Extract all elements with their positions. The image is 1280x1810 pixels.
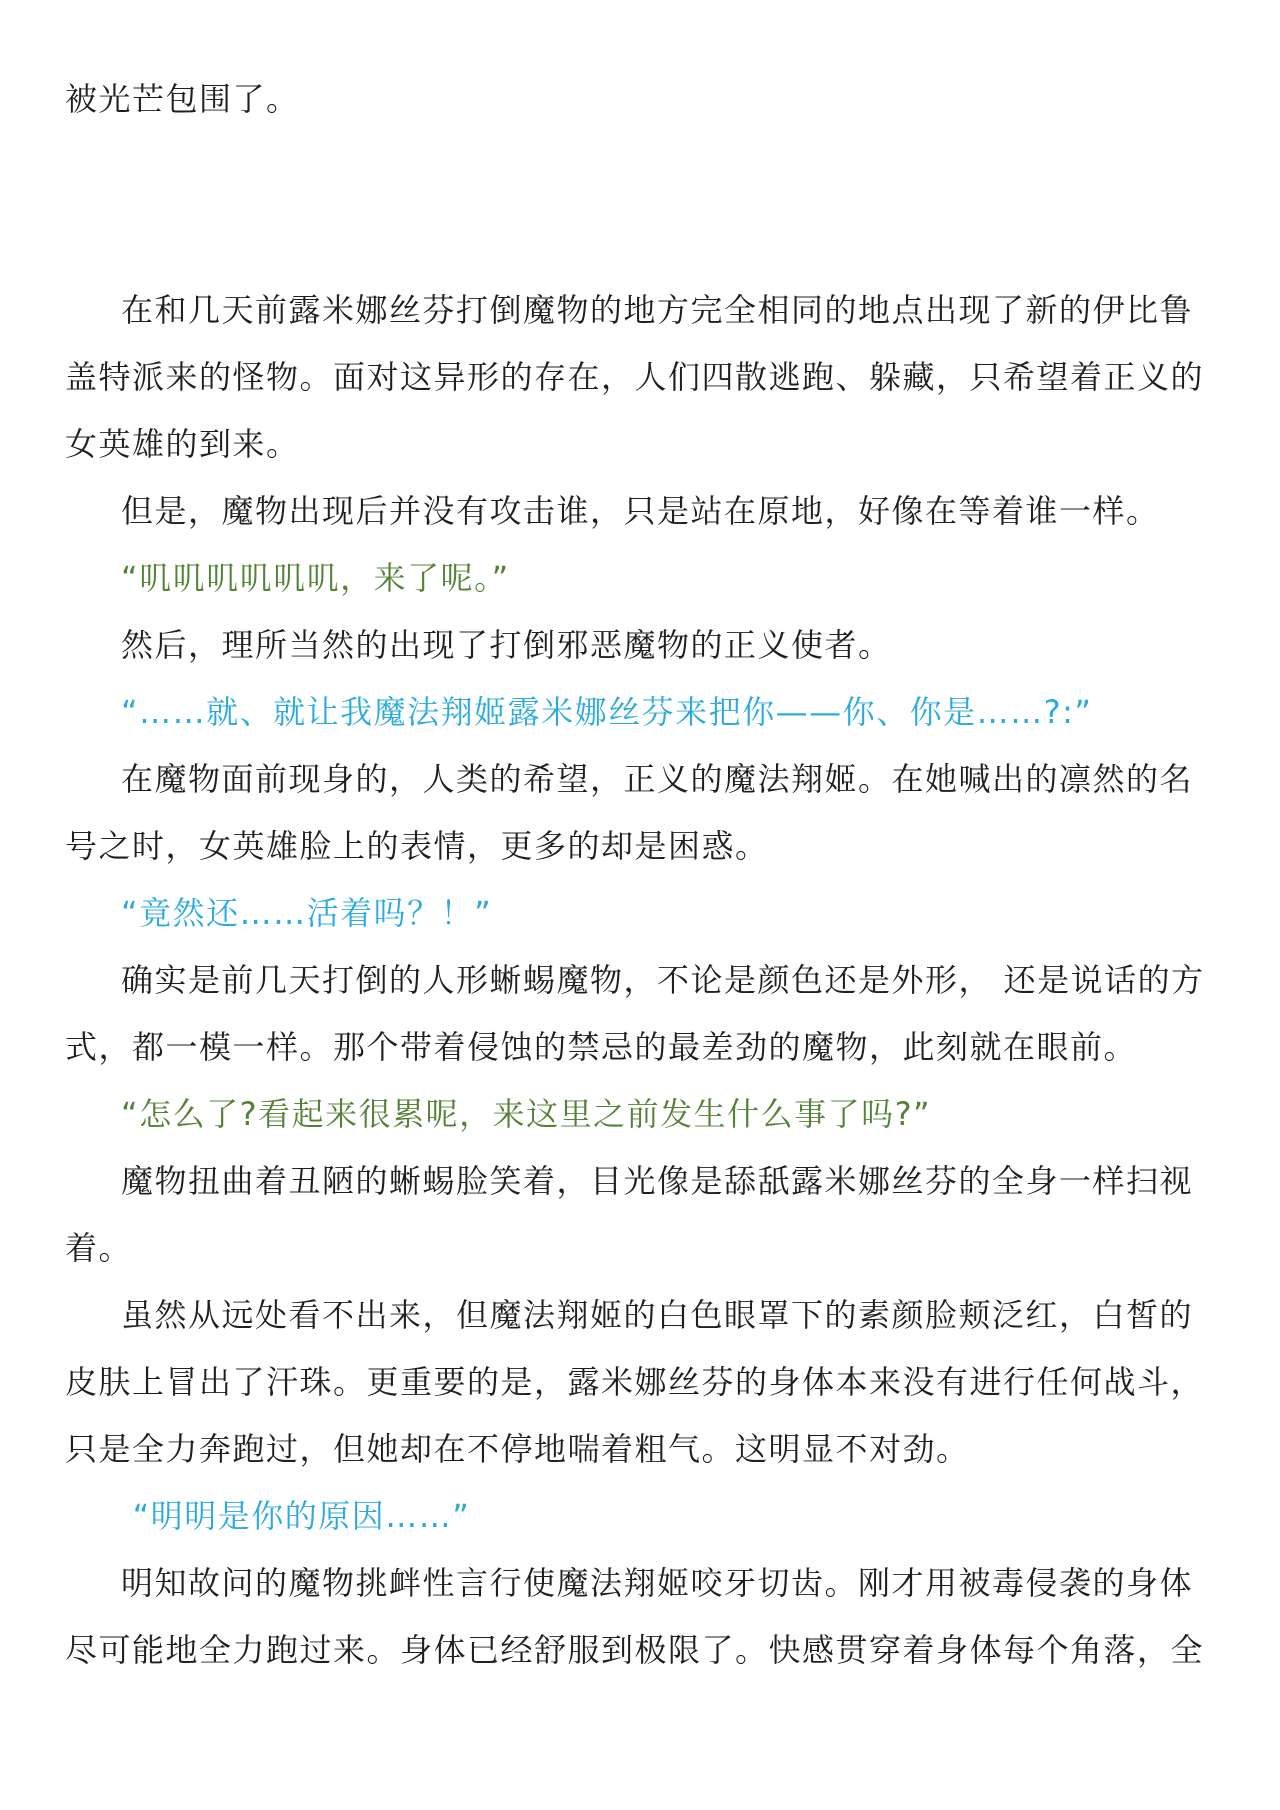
narration-line: 虽然从远处看不出来，但魔法翔姬的白色眼罩下的素颜脸颊泛红，白皙的 [65,1282,1218,1349]
narration-line: 皮肤上冒出了汗珠。更重要的是，露米娜丝芬的身体本来没有进行任何战斗， [65,1349,1218,1416]
blank-line [65,133,1218,205]
narration-line: 魔物扭曲着丑陋的蜥蜴脸笑着，目光像是舔舐露米娜丝芬的全身一样扫视 [65,1148,1218,1215]
narration-line: 在和几天前露米娜丝芬打倒魔物的地方完全相同的地点出现了新的伊比鲁 [65,277,1218,344]
dialogue-line: “……就、就让我魔法翔姬露米娜丝芬来把你——你、你是……?:” [65,679,1218,746]
narration-line: 只是全力奔跑过，但她却在不停地喘着粗气。这明显不对劲。 [65,1416,1218,1483]
narration-line: 式，都一模一样。那个带着侵蚀的禁忌的最差劲的魔物，此刻就在眼前。 [65,1014,1218,1081]
narration-line: 然后，理所当然的出现了打倒邪恶魔物的正义使者。 [65,612,1218,679]
document-page: 被光芒包围了。在和几天前露米娜丝芬打倒魔物的地方完全相同的地点出现了新的伊比鲁盖… [0,0,1280,1810]
narration-line: 号之时，女英雄脸上的表情，更多的却是困惑。 [65,813,1218,880]
narration-line: 尽可能地全力跑过来。身体已经舒服到极限了。快感贯穿着身体每个角落，全 [65,1617,1218,1684]
blank-line [65,205,1218,277]
dialogue-line: “明明是你的原因……” [65,1483,1218,1550]
dialogue-line: “竟然还……活着吗？！” [65,880,1218,947]
narration-line: 但是，魔物出现后并没有攻击谁，只是站在原地，好像在等着谁一样。 [65,478,1218,545]
dialogue-line: “怎么了?看起来很累呢，来这里之前发生什么事了吗?” [65,1081,1218,1148]
narration-line: 着。 [65,1215,1218,1282]
narration-line: 明知故问的魔物挑衅性言行使魔法翔姬咬牙切齿。刚才用被毒侵袭的身体 [65,1550,1218,1617]
narration-line: 在魔物面前现身的，人类的希望，正义的魔法翔姬。在她喊出的凛然的名 [65,746,1218,813]
narration-line: 被光芒包围了。 [65,66,1218,133]
narration-line: 盖特派来的怪物。面对这异形的存在，人们四散逃跑、躲藏，只希望着正义的 [65,344,1218,411]
dialogue-line: “叽叽叽叽叽叽，来了呢。” [65,545,1218,612]
narration-line: 女英雄的到来。 [65,411,1218,478]
narration-line: 确实是前几天打倒的人形蜥蜴魔物，不论是颜色还是外形， 还是说话的方 [65,947,1218,1014]
